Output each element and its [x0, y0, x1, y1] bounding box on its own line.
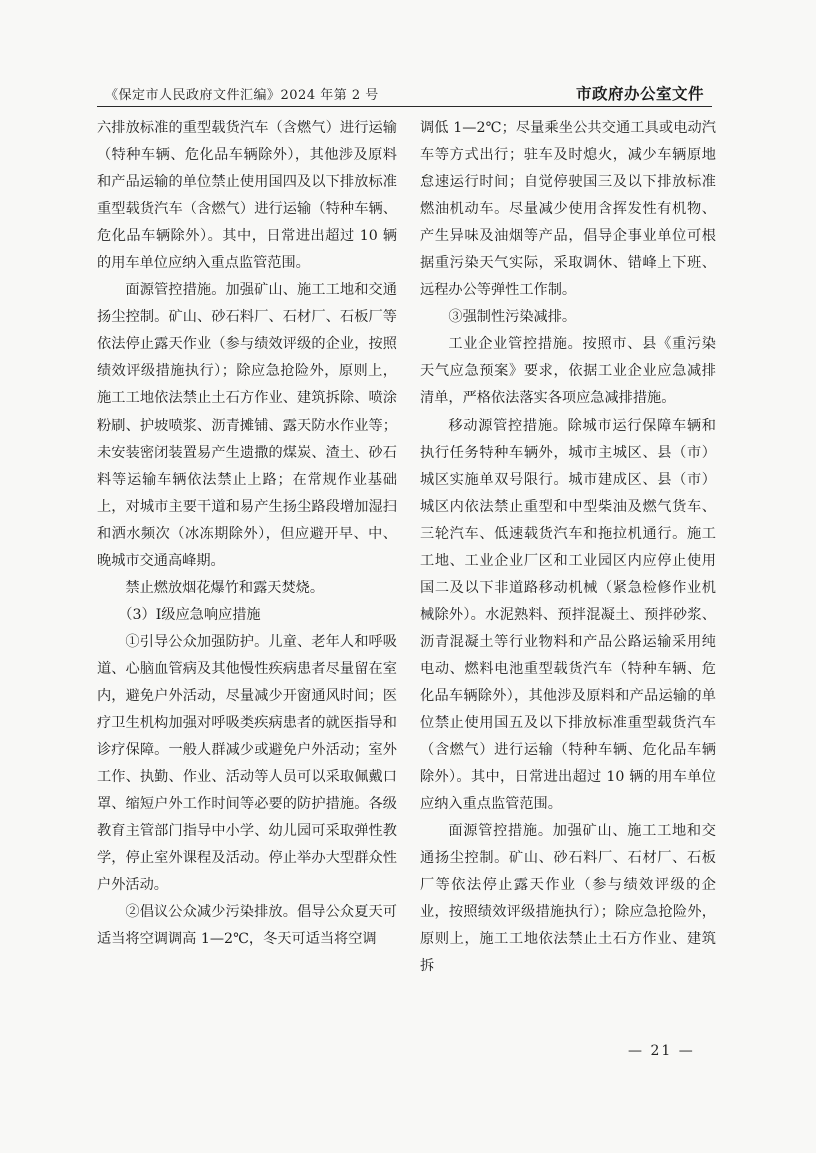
left-column: 六排放标准的重型载货汽车（含燃气）进行运输（特种车辆、危化品车辆除外），其他涉及…: [97, 115, 397, 953]
paragraph-continuation: 调低 1—2℃；尽量乘坐公共交通工具或电动汽车等方式出行；驻车及时熄火，减少车辆…: [420, 115, 716, 304]
paragraph-fireworks-ban: 禁止燃放烟花爆竹和露天焚烧。: [97, 575, 397, 602]
paragraph-public-protection: ①引导公众加强防护。儿童、老年人和呼吸道、心脑血管病及其他慢性疾病患者尽量留在室…: [97, 629, 397, 899]
paragraph-reduce-emissions: ②倡议公众减少污染排放。倡导公众夏天可适当将空调调高 1—2℃，冬天可适当将空调: [97, 899, 397, 953]
paragraph-continuation: 六排放标准的重型载货汽车（含燃气）进行运输（特种车辆、危化品车辆除外），其他涉及…: [97, 115, 397, 277]
right-column: 调低 1—2℃；尽量乘坐公共交通工具或电动汽车等方式出行；驻车及时熄火，减少车辆…: [420, 115, 716, 981]
paragraph-mobile-source-control: 移动源管控措施。除城市运行保障车辆和执行任务特种车辆外，城市主城区、县（市）城区…: [420, 413, 716, 819]
paragraph-area-source-control: 面源管控措施。加强矿山、施工工地和交通扬尘控制。矿山、砂石料厂、石材厂、石板厂等…: [420, 818, 716, 980]
paragraph-industrial-control: 工业企业管控措施。按照市、县《重污染天气应急预案》要求，依据工业企业应急减排清单…: [420, 331, 716, 412]
document-page: 《保定市人民政府文件汇编》2024 年第 2 号 市政府办公室文件 六排放标准的…: [0, 0, 816, 1153]
section-heading-level1-response: （3）Ⅰ级应急响应措施: [97, 602, 397, 629]
paragraph-area-source-control: 面源管控措施。加强矿山、施工工地和交通扬尘控制。矿山、砂石料厂、石材厂、石板厂等…: [97, 277, 397, 575]
publication-title: 《保定市人民政府文件汇编》2024 年第 2 号: [105, 84, 379, 103]
section-heading-mandatory-reduction: ③强制性污染减排。: [420, 304, 716, 331]
running-header: 《保定市人民政府文件汇编》2024 年第 2 号 市政府办公室文件: [97, 84, 712, 107]
section-title: 市政府办公室文件: [576, 82, 704, 104]
page-number: — 21 —: [628, 1043, 695, 1059]
